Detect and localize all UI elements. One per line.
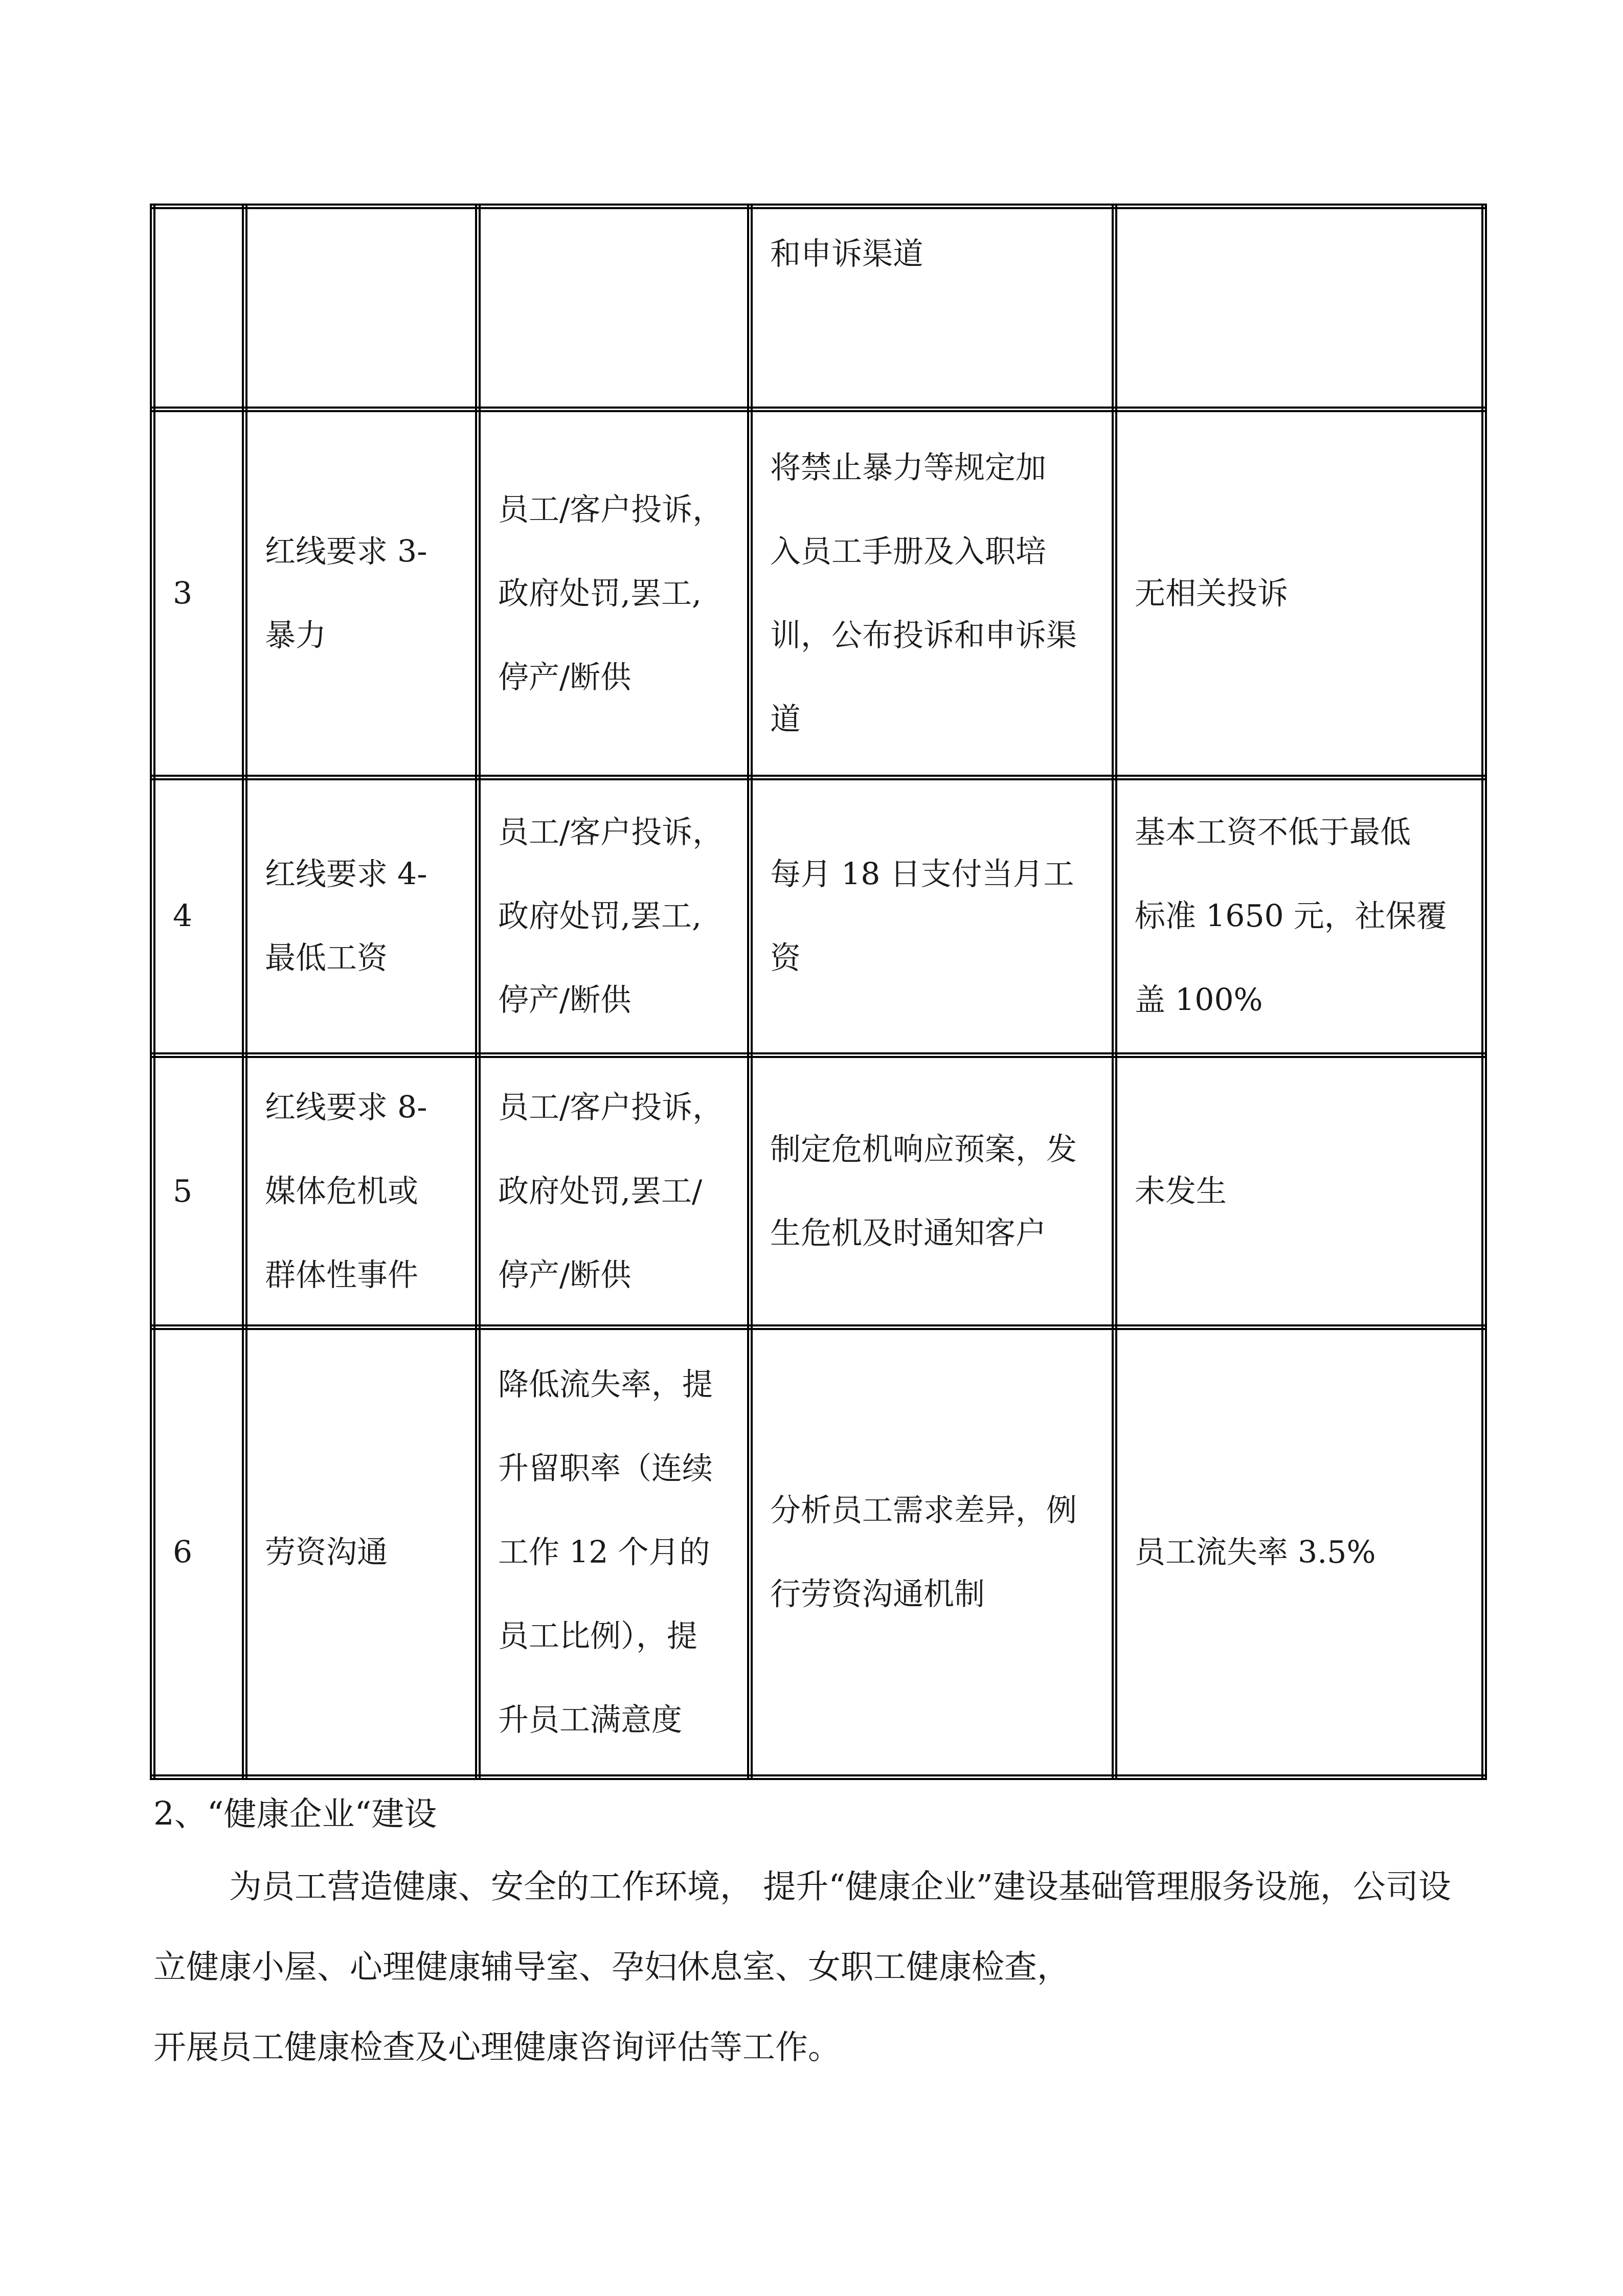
cell-r3-c1: 红线要求 8- 媒体危机或 群体性事件 bbox=[245, 1055, 478, 1327]
cell-r1-c3: 将禁止暴力等规定加 入员工手册及入职培 训，公布投诉和申诉渠 道 bbox=[750, 410, 1115, 778]
section-heading: 2、“健康企业“建设 bbox=[153, 1789, 437, 1840]
cell-r2-c0: 4 bbox=[153, 778, 245, 1055]
cell-r1-c2: 员工/客户投诉， 政府处罚,罢工, 停产/断供 bbox=[478, 410, 750, 778]
table-row-6: 6 劳资沟通 降低流失率，提 升留职率（连续 工作 12 个月的 员工比例），提… bbox=[153, 1327, 1484, 1777]
table-row-4: 4 红线要求 4- 最低工资 员工/客户投诉， 政府处罚,罢工, 停产/断供 每… bbox=[153, 778, 1484, 1055]
cell-r0-c2 bbox=[478, 207, 750, 410]
cell-r4-c3: 分析员工需求差异，例 行劳资沟通机制 bbox=[750, 1327, 1115, 1777]
cell-r3-c4: 未发生 bbox=[1115, 1055, 1484, 1327]
table-row-5: 5 红线要求 8- 媒体危机或 群体性事件 员工/客户投诉， 政府处罚,罢工/ … bbox=[153, 1055, 1484, 1327]
cell-r1-c1: 红线要求 3- 暴力 bbox=[245, 410, 478, 778]
cell-r0-c1 bbox=[245, 207, 478, 410]
cell-r2-c3: 每月 18 日支付当月工 资 bbox=[750, 778, 1115, 1055]
cell-r0-c4 bbox=[1115, 207, 1484, 410]
table-row-continuation: 和申诉渠道 bbox=[153, 207, 1484, 410]
cell-r2-c4: 基本工资不低于最低 标准 1650 元，社保覆 盖 100% bbox=[1115, 778, 1484, 1055]
cell-r4-c1: 劳资沟通 bbox=[245, 1327, 478, 1777]
table-row-3: 3 红线要求 3- 暴力 员工/客户投诉， 政府处罚,罢工, 停产/断供 将禁止… bbox=[153, 410, 1484, 778]
compliance-table: 和申诉渠道 3 红线要求 3- 暴力 员工/客户投诉， 政府处罚,罢工, 停产/… bbox=[150, 204, 1487, 1780]
cell-r0-c3: 和申诉渠道 bbox=[750, 207, 1115, 410]
document-page: 和申诉渠道 3 红线要求 3- 暴力 员工/客户投诉， 政府处罚,罢工, 停产/… bbox=[0, 0, 1623, 2296]
cell-r4-c0: 6 bbox=[153, 1327, 245, 1777]
cell-r2-c2: 员工/客户投诉， 政府处罚,罢工, 停产/断供 bbox=[478, 778, 750, 1055]
cell-r3-c2: 员工/客户投诉， 政府处罚,罢工/ 停产/断供 bbox=[478, 1055, 750, 1327]
cell-r2-c1: 红线要求 4- 最低工资 bbox=[245, 778, 478, 1055]
cell-r3-c0: 5 bbox=[153, 1055, 245, 1327]
cell-r4-c2: 降低流失率，提 升留职率（连续 工作 12 个月的 员工比例），提 升员工满意度 bbox=[478, 1327, 750, 1777]
cell-r1-c4: 无相关投诉 bbox=[1115, 410, 1484, 778]
cell-r0-c0 bbox=[153, 207, 245, 410]
cell-r1-c0: 3 bbox=[153, 410, 245, 778]
cell-r3-c3: 制定危机响应预案，发 生危机及时通知客户 bbox=[750, 1055, 1115, 1327]
cell-r4-c4: 员工流失率 3.5% bbox=[1115, 1327, 1484, 1777]
section-paragraph: 为员工营造健康、安全的工作环境， 提升“健康企业”建设基础管理服务设施，公司设立… bbox=[153, 1847, 1468, 2088]
